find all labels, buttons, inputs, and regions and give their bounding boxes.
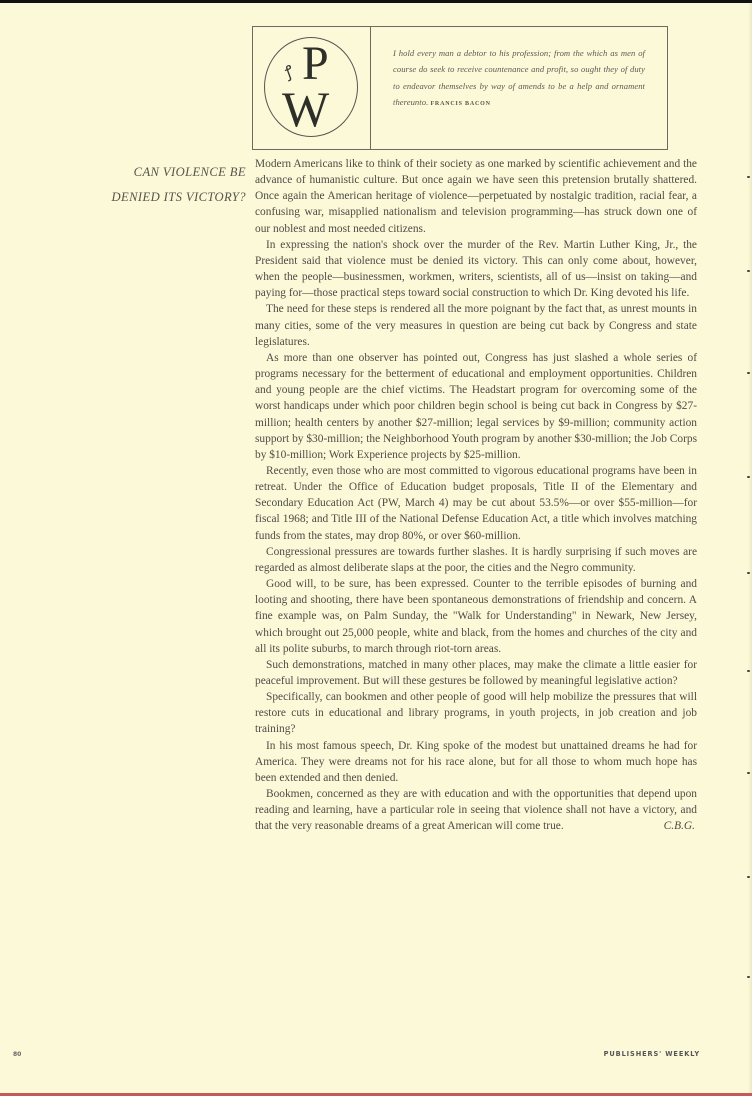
paragraph: In expressing the nation's shock over th…	[255, 237, 697, 302]
edge-mark	[747, 372, 750, 374]
edge-mark	[747, 876, 750, 878]
epigraph-cell: I hold every man a debtor to his profess…	[371, 27, 667, 149]
edge-mark	[747, 176, 750, 178]
edge-mark	[747, 572, 750, 574]
logo-cell: ꝭ P W	[253, 27, 371, 149]
editorial-headline: CAN VIOLENCE BE DENIED ITS VICTORY?	[60, 160, 246, 210]
edge-mark	[747, 670, 750, 672]
edge-mark	[747, 772, 750, 774]
logo-flourish: ꝭ	[281, 59, 296, 82]
paragraph: Such demonstrations, matched in many oth…	[255, 657, 697, 689]
page-number: 80	[13, 1051, 21, 1058]
paragraph: As more than one observer has pointed ou…	[255, 350, 697, 463]
editorial-body: Modern Americans like to think of their …	[255, 156, 697, 835]
running-footer: PUBLISHERS' WEEKLY	[604, 1050, 700, 1058]
page-gutter-shadow	[748, 3, 752, 1093]
paragraph: Good will, to be sure, has been expresse…	[255, 576, 697, 657]
edge-mark	[747, 976, 750, 978]
headline-line-1: CAN VIOLENCE BE	[60, 160, 246, 185]
paragraph: The need for these steps is rendered all…	[255, 301, 697, 349]
pw-logo-icon: ꝭ P W	[264, 37, 358, 137]
headline-line-2: DENIED ITS VICTORY?	[60, 185, 246, 210]
paragraph-text: Bookmen, concerned as they are with educ…	[255, 788, 697, 832]
paragraph: Congressional pressures are towards furt…	[255, 544, 697, 576]
paragraph-last: Bookmen, concerned as they are with educ…	[255, 786, 697, 834]
epigraph: I hold every man a debtor to his profess…	[393, 45, 645, 113]
paragraph: In his most famous speech, Dr. King spok…	[255, 738, 697, 786]
paragraph: Modern Americans like to think of their …	[255, 156, 697, 237]
epigraph-text: I hold every man a debtor to his profess…	[393, 48, 645, 107]
paragraph: Specifically, can bookmen and other peop…	[255, 689, 697, 737]
edge-mark	[747, 476, 750, 478]
edge-mark	[747, 270, 750, 272]
logo-letter-w: W	[282, 84, 329, 134]
masthead-box: ꝭ P W I hold every man a debtor to his p…	[252, 26, 668, 150]
author-initials: C.B.G.	[653, 818, 695, 834]
page-top-edge	[0, 0, 752, 3]
epigraph-attribution: FRANCIS BACON	[430, 101, 490, 107]
paragraph: Recently, even those who are most commit…	[255, 463, 697, 544]
